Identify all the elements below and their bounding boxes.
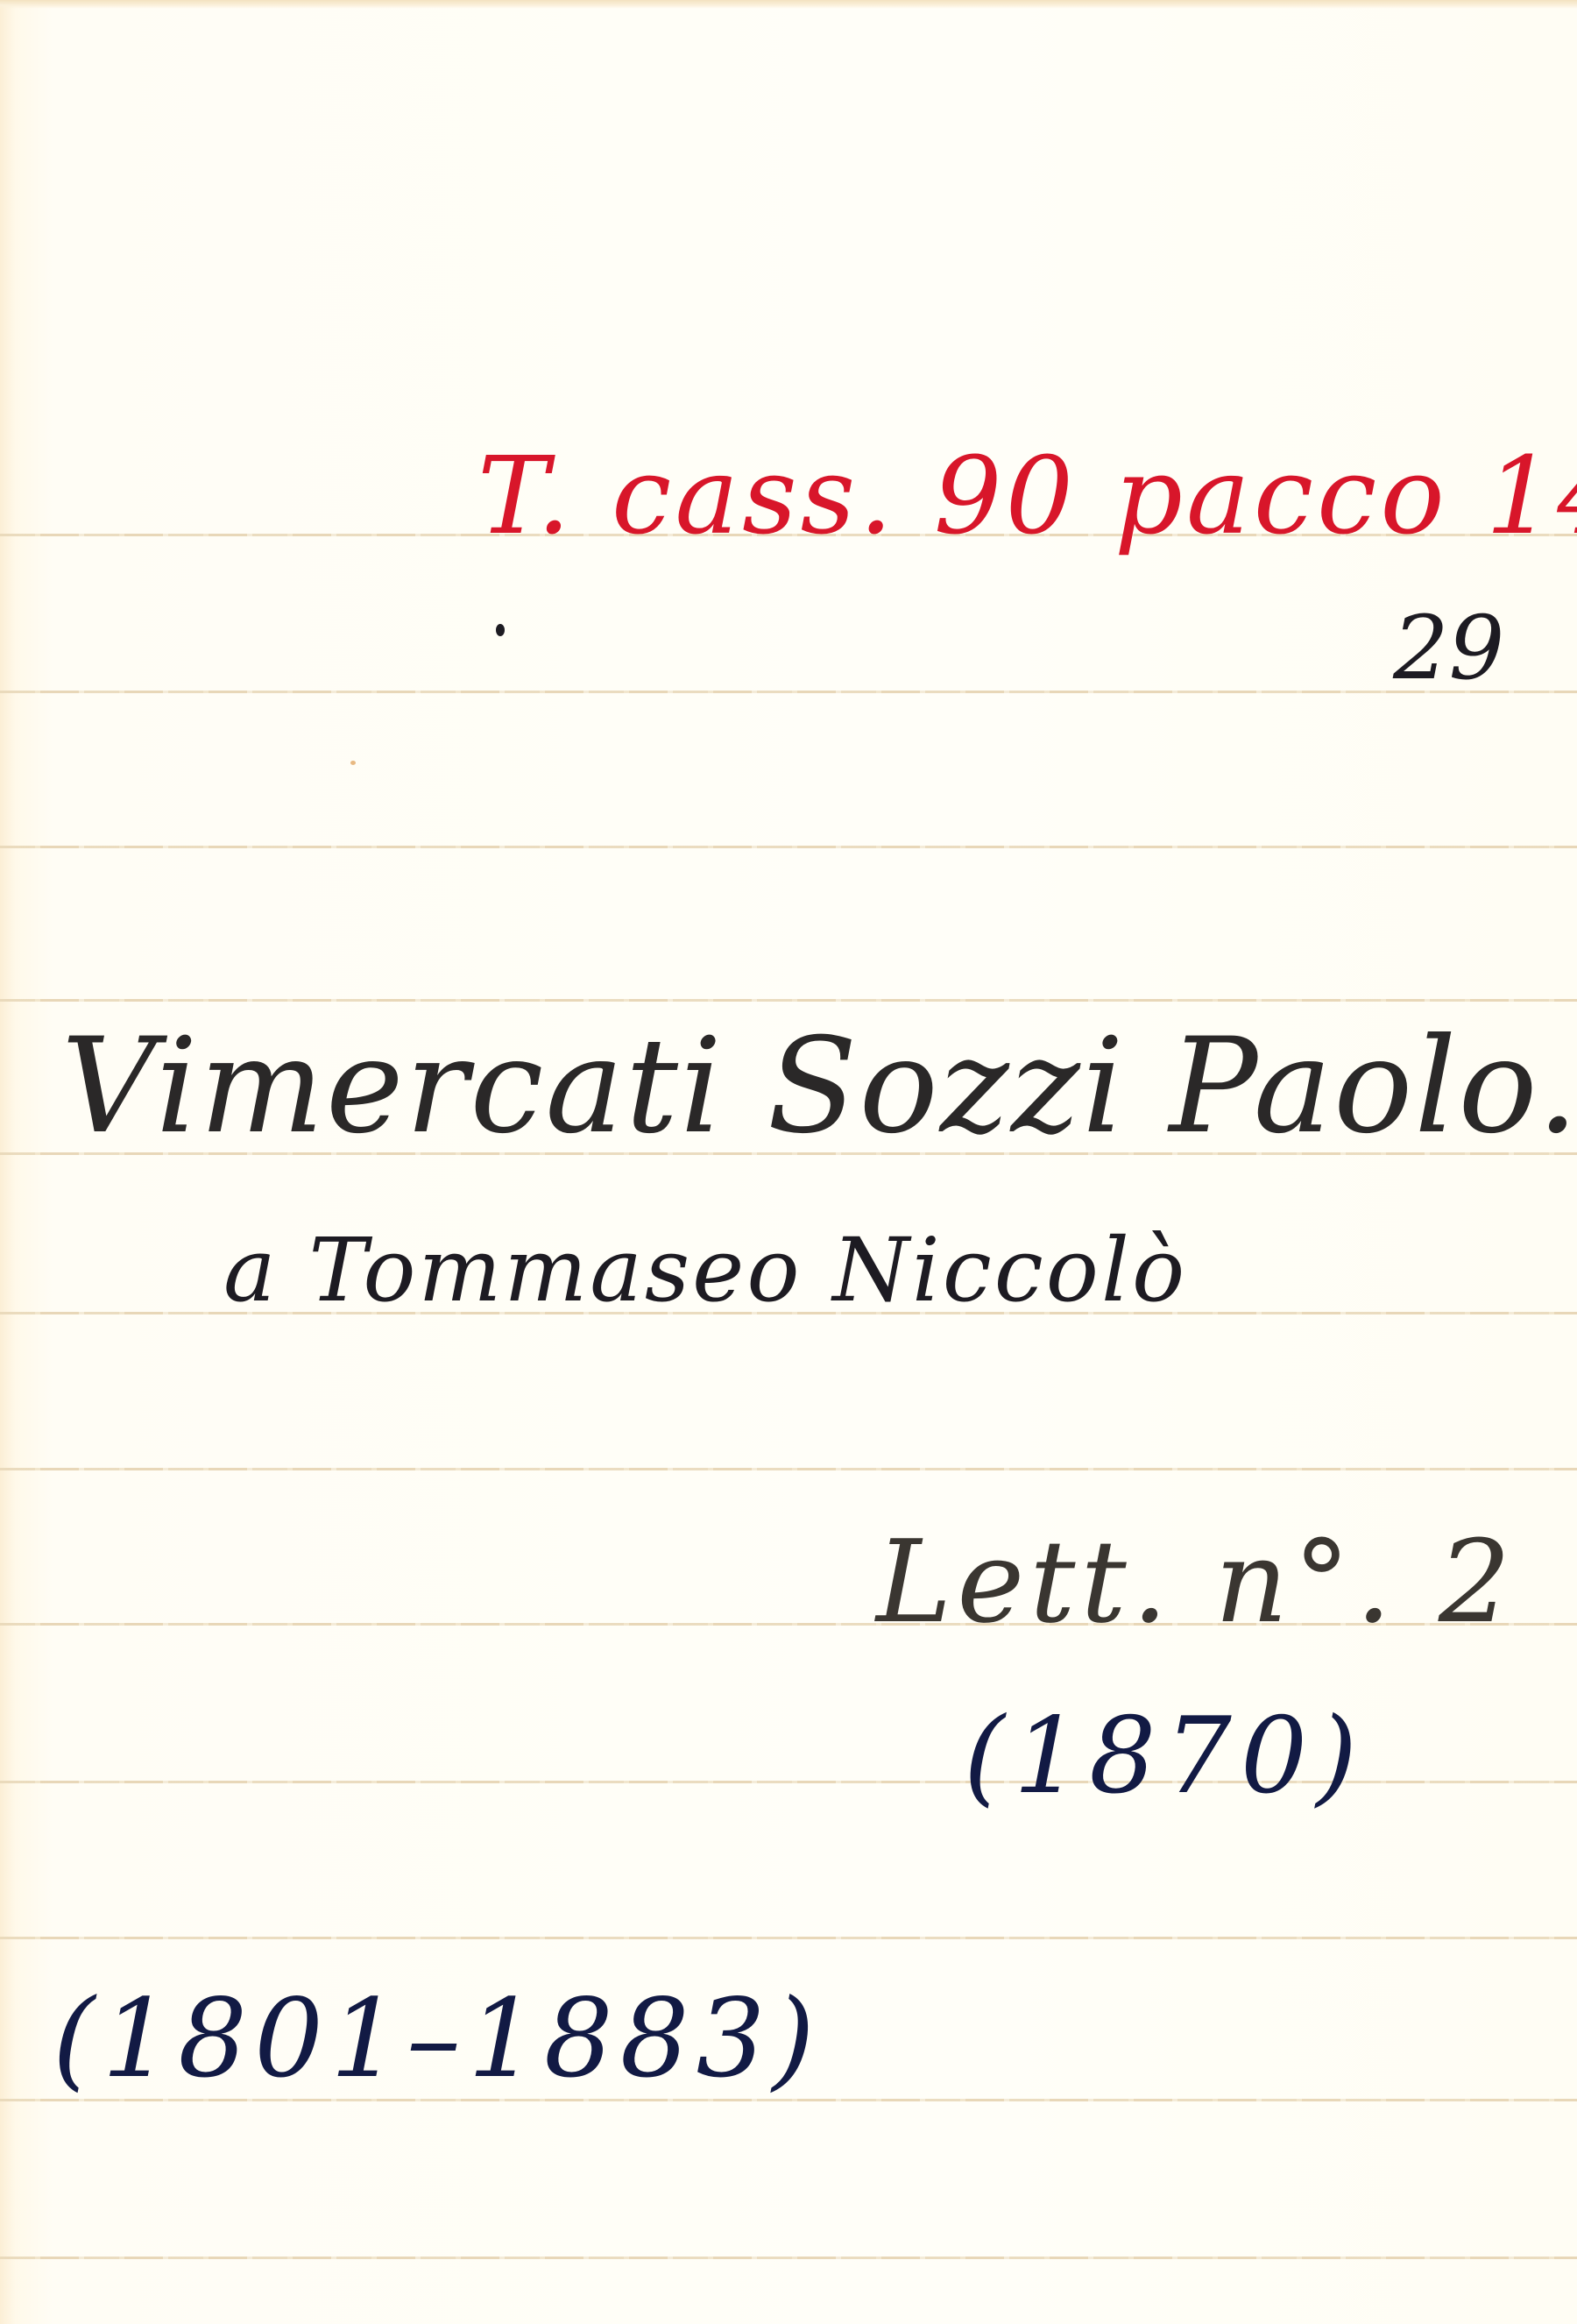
correspondent-name: Vimercati Sozzi Paolo. (61, 1021, 1577, 1152)
ruled-line (0, 1937, 1577, 1939)
ruled-line (0, 999, 1577, 1002)
correspondent-lifespan: (1801–1883) (53, 1985, 822, 2094)
ruled-line (0, 846, 1577, 848)
index-card: T. cass. 90 pacco 144. 29 Vimercati Sozz… (0, 0, 1577, 2324)
letter-count: Lett. n°. 2 (876, 1525, 1516, 1639)
ruled-line (0, 1468, 1577, 1470)
archive-location-heading: T. cass. 90 pacco 144. (477, 443, 1577, 549)
ruled-line (0, 2257, 1577, 2259)
ink-dot (496, 624, 505, 636)
paper-speck (350, 761, 356, 765)
ruled-line (0, 691, 1577, 693)
folio-number: 29 (1393, 605, 1504, 692)
card-top-edge (0, 0, 1577, 9)
letter-year: (1870) (964, 1704, 1366, 1810)
recipient-name: a Tommaseo Niccolò (223, 1227, 1187, 1314)
